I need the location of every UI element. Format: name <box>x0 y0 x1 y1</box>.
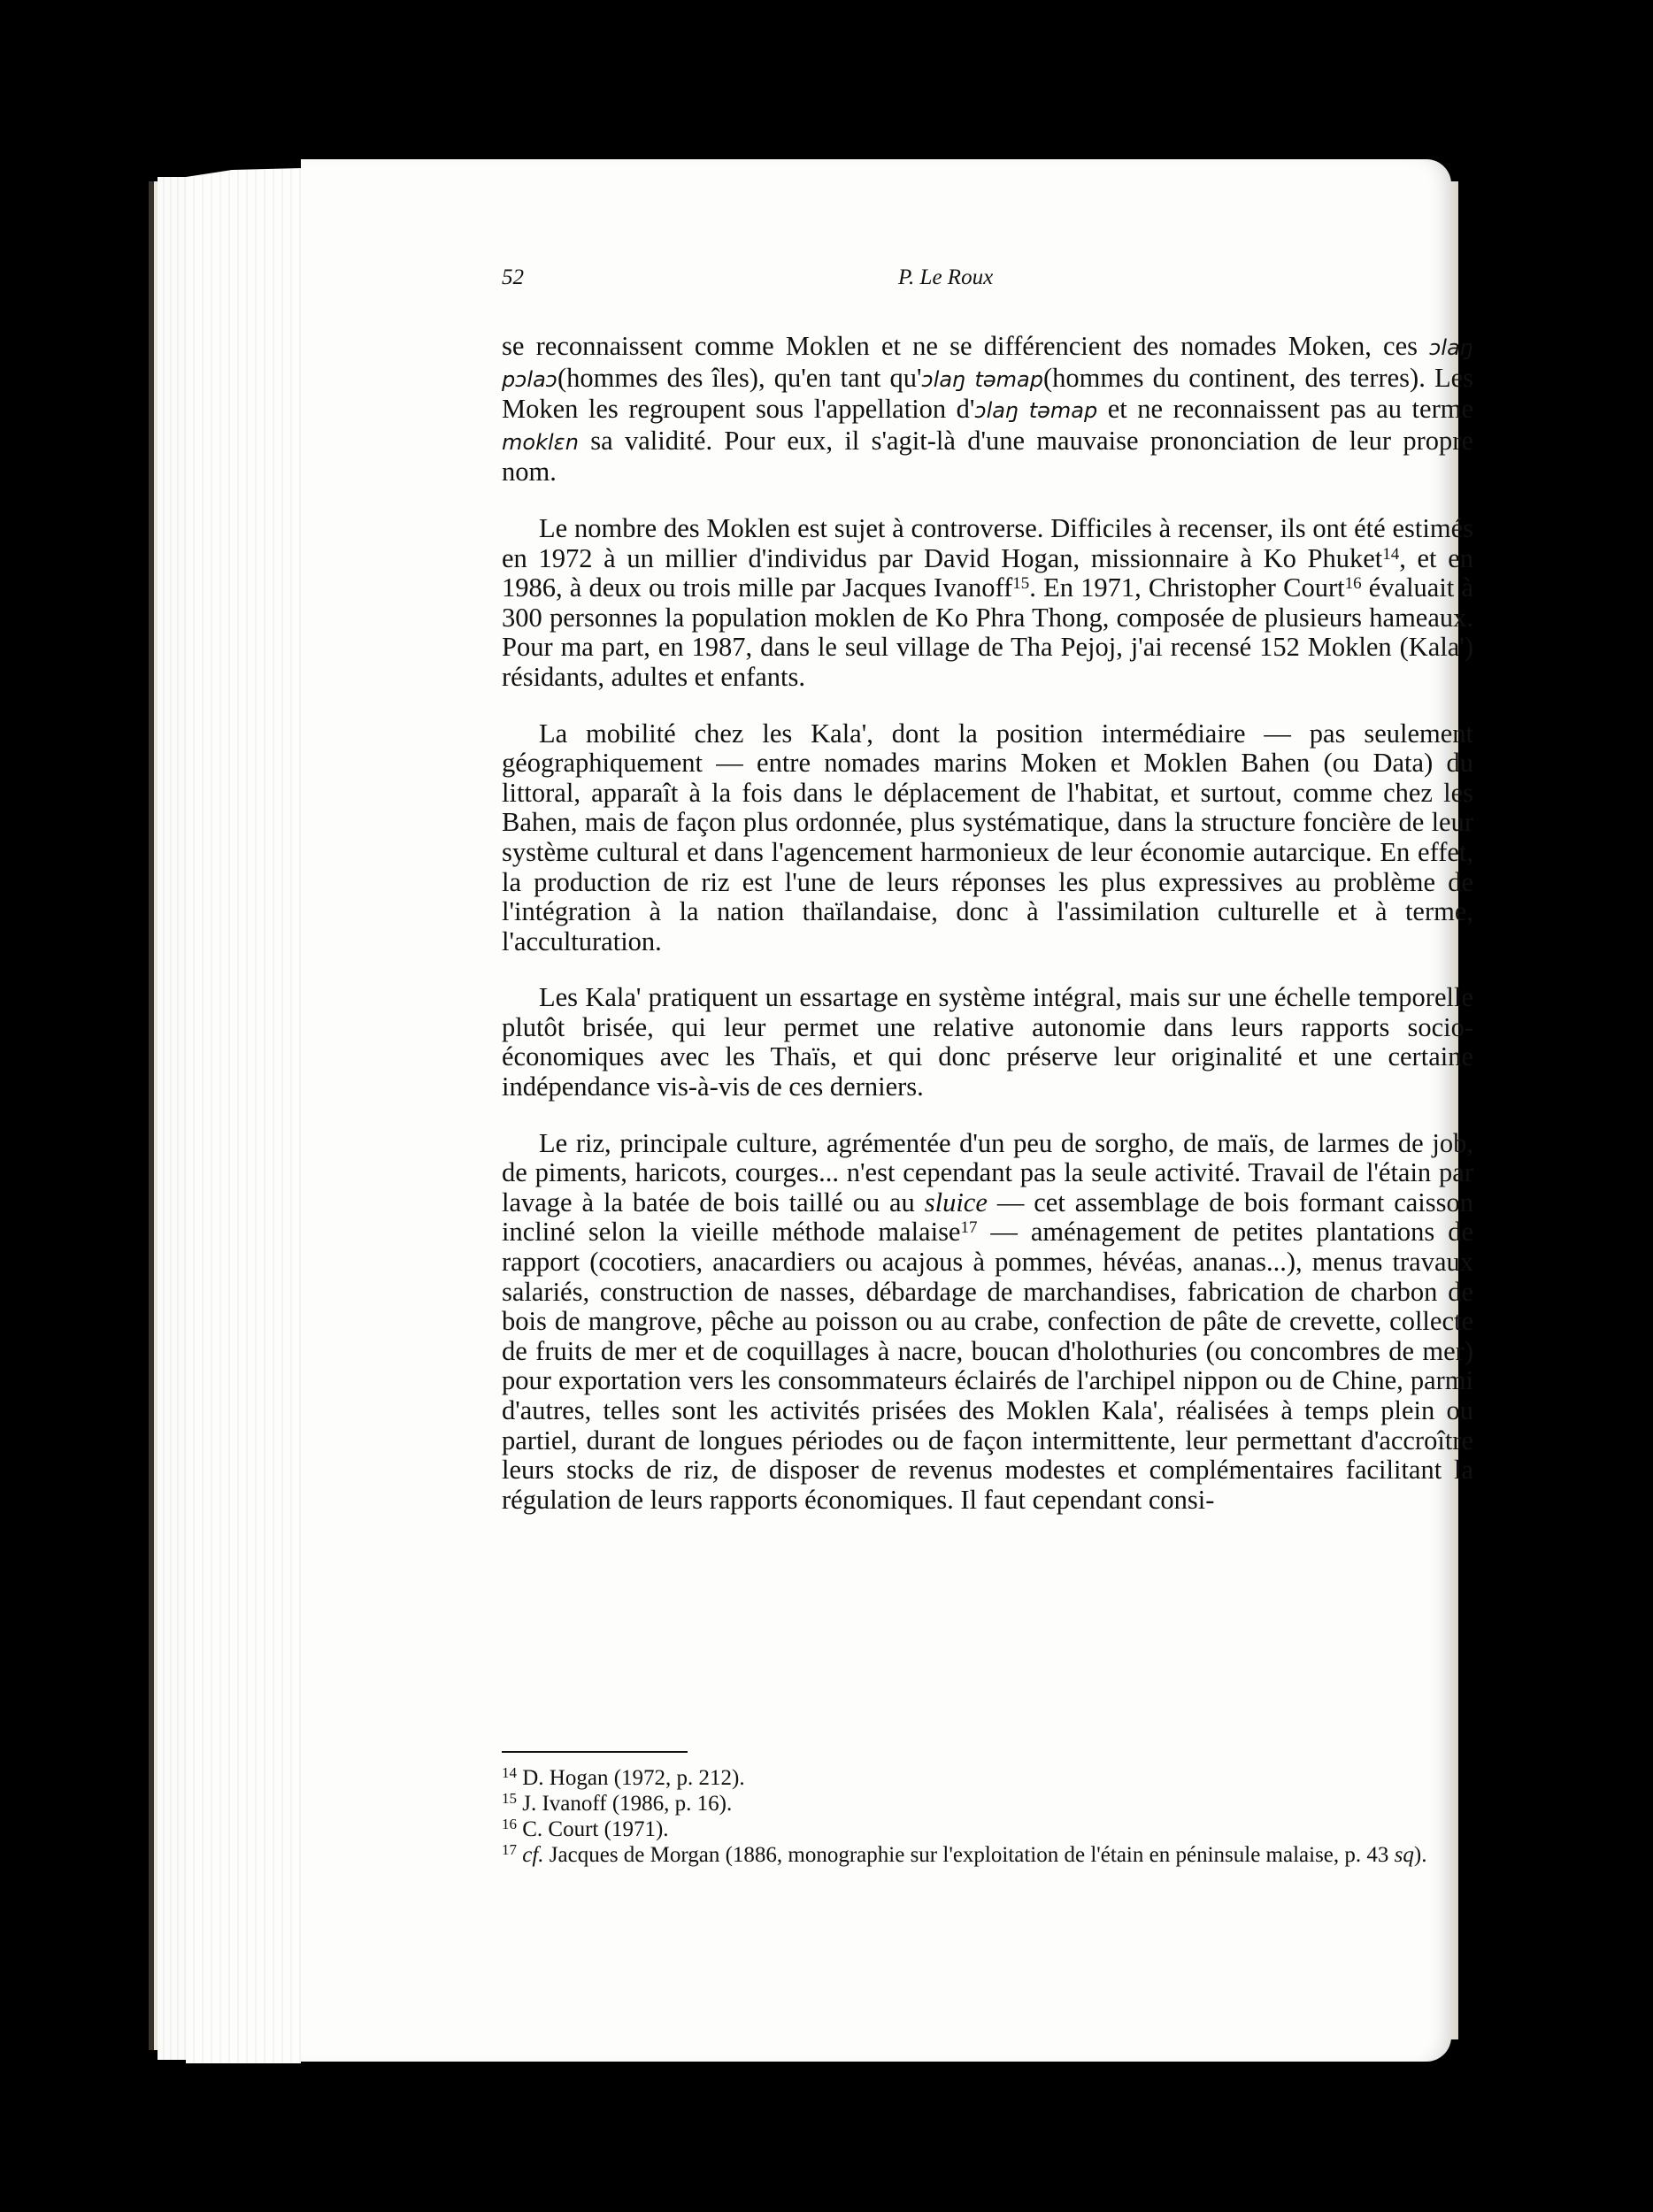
paragraph-1: se reconnaissent comme Moklen et ne se d… <box>502 332 1473 488</box>
footnote-ref[interactable]: 15 <box>1012 574 1029 593</box>
text-run: sa validité. Pour eux, il s'agit-là d'un… <box>502 426 1473 488</box>
footnote-ref[interactable]: 14 <box>1382 545 1399 564</box>
footnote-italic: sq <box>1395 1843 1414 1867</box>
paragraph-2: Le nombre des Moklen est sujet à controv… <box>502 514 1473 693</box>
text-run: se reconnaissent comme Moklen et ne se d… <box>502 331 1429 361</box>
footnote-14: 14 D. Hogan (1972, p. 212). <box>502 1765 1473 1791</box>
footnote-text: C. Court (1971). <box>517 1817 669 1841</box>
footnote-17: 17 cf. Jacques de Morgan (1886, monograp… <box>502 1842 1473 1868</box>
footnote-15: 15 J. Ivanoff (1986, p. 16). <box>502 1791 1473 1816</box>
footnote-16: 16 C. Court (1971). <box>502 1816 1473 1842</box>
text-run: et ne reconnaissent pas au terme <box>1097 394 1473 424</box>
footnote-text: J. Ivanoff (1986, p. 16). <box>517 1792 732 1816</box>
paragraph-3: La mobilité chez les Kala', dont la posi… <box>502 719 1473 957</box>
text-run: Le nombre des Moklen est sujet à controv… <box>502 513 1473 573</box>
footnote-number: 14 <box>502 1764 517 1781</box>
page-number: 52 <box>502 265 524 290</box>
page-stack-edge-upper <box>186 168 301 2063</box>
footnote-divider <box>502 1751 688 1753</box>
phonetic-term: moklɛn <box>502 430 579 455</box>
footnote-ref[interactable]: 17 <box>960 1218 977 1237</box>
footnote-number: 16 <box>502 1816 517 1832</box>
footnote-number: 17 <box>502 1841 517 1858</box>
paragraph-5: Le riz, principale culture, agrémentée d… <box>502 1129 1473 1516</box>
text-run: — aménagement de petites plantations de … <box>502 1217 1473 1514</box>
footnote-number: 15 <box>502 1790 517 1807</box>
paragraph-4: Les Kala' pratiquent un essartage en sys… <box>502 983 1473 1102</box>
phonetic-term: ɔlaŋ təmap <box>922 367 1043 392</box>
footnote-text: D. Hogan (1972, p. 212). <box>517 1766 745 1790</box>
phonetic-term: ɔlaŋ təmap <box>974 398 1097 423</box>
footnote-italic: cf. <box>522 1843 543 1867</box>
text-run: (hommes des îles), qu'en tant qu' <box>557 363 922 393</box>
footnote-ref[interactable]: 16 <box>1345 574 1362 593</box>
footnote-text: ). <box>1414 1843 1427 1867</box>
italic-term: sluice <box>925 1187 988 1217</box>
footnote-text: Jacques de Morgan (1886, monographie sur… <box>544 1843 1395 1867</box>
text-run: . En 1971, Christopher Court <box>1029 572 1344 603</box>
running-head: 52 P. Le Roux <box>502 265 1475 301</box>
author-running-head: P. Le Roux <box>898 265 993 290</box>
body-text: se reconnaissent comme Moklen et ne se d… <box>502 332 1473 1541</box>
footnotes: 14 D. Hogan (1972, p. 212). 15 J. Ivanof… <box>502 1765 1473 1868</box>
book-photo: 52 P. Le Roux se reconnaissent comme Mok… <box>0 0 1653 2212</box>
